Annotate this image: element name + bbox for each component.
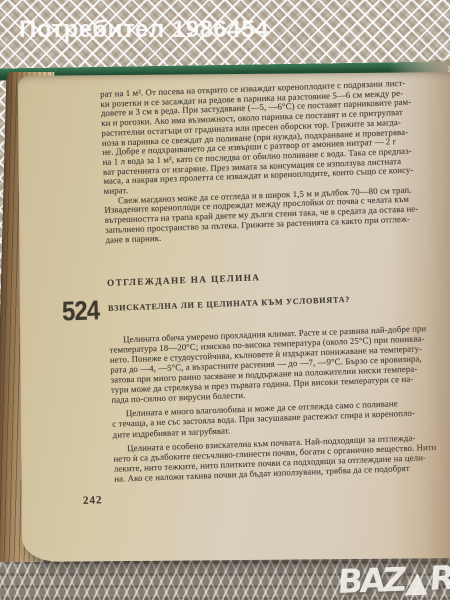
answer-paragraph: Целината е особено взискателна към почва… — [113, 430, 450, 483]
bazar-logo-letters: BAZ — [336, 560, 405, 600]
page-text: рат на 1 м². От посева на открито се изв… — [100, 77, 450, 505]
question-title: ВЗИСКАТЕЛНА ЛИ Е ЦЕЛИНАТА КЪМ УСЛОВИЯТА? — [108, 291, 450, 314]
photo-scene: рат на 1 м². От посева на открито се изв… — [0, 0, 450, 600]
question-row: 524 ВЗИСКАТЕЛНА ЛИ Е ЦЕЛИНАТА КЪМ УСЛОВИ… — [108, 291, 450, 314]
shopping-bag-icon — [404, 570, 429, 596]
user-watermark: Потребител 1986454 — [19, 16, 269, 44]
answer-paragraph: Целината обича умерено прохладния климат… — [109, 321, 450, 405]
top-paragraph: рат на 1 м². От посева на открито се изв… — [100, 77, 450, 245]
bazar-logo: BAZR — [337, 561, 450, 598]
question-number: 524 — [62, 297, 100, 325]
bazar-logo-letters: R — [428, 558, 450, 598]
section-heading: ОТГЛЕЖДАНЕ НА ЦЕЛИНА — [107, 266, 450, 289]
